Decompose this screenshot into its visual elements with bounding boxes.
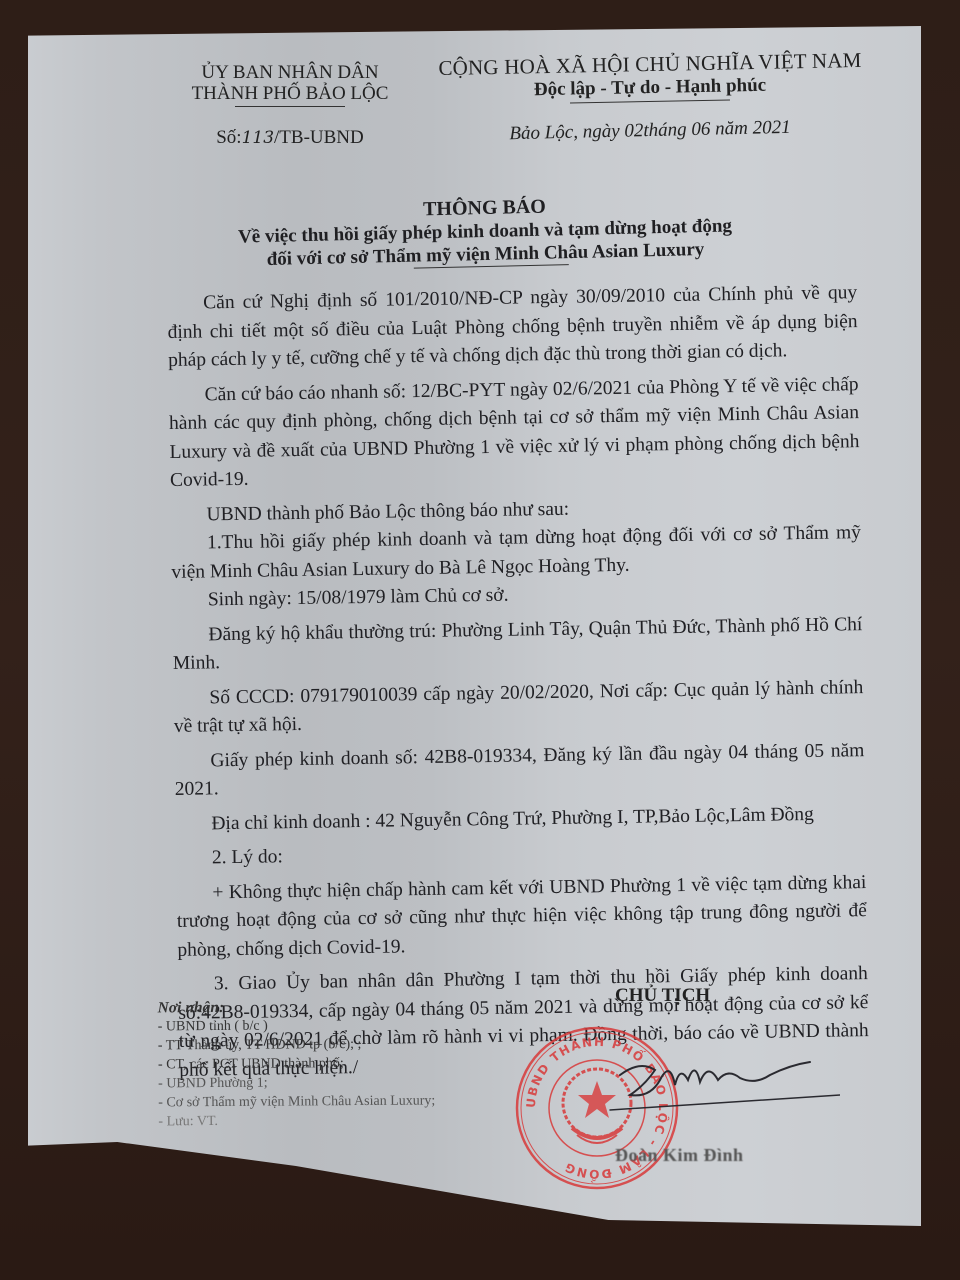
signer-name: Đoàn Kim Đình <box>615 1145 744 1166</box>
handwritten-day: 02 <box>624 120 643 141</box>
issuing-agency-block: ỦY BAN NHÂN DÂN THÀNH PHỐ BẢO LỘC Số:113… <box>150 62 430 149</box>
paragraph-reason-detail: + Không thực hiện chấp hành cam kết với … <box>176 869 867 965</box>
document-body: Căn cứ Nghị định số 101/2010/NĐ-CP ngày … <box>167 279 869 1085</box>
document-number: Số:113/TB-UBND <box>150 127 430 149</box>
paragraph-business-license: Giấy phép kinh doanh số: 42B8-019334, Đă… <box>174 737 865 805</box>
signer-title: CHỦ TỊCH <box>615 985 710 1007</box>
national-header-block: CỘNG HOÀ XÃ HỘI CHỦ NGHĨA VIỆT NAM Độc l… <box>405 52 895 142</box>
handwritten-signature <box>600 1040 840 1130</box>
paragraph-residence: Đăng ký hộ khẩu thường trú: Phường Linh … <box>172 611 863 679</box>
paragraph-item-2-reason: 2. Lý do: <box>176 834 866 873</box>
document-title-block: THÔNG BÁO Về việc thu hồi giấy phép kinh… <box>154 189 815 275</box>
paragraph-legal-basis-report: Căn cứ báo cáo nhanh số: 12/BC-PYT ngày … <box>168 371 860 496</box>
recipient-item: - Lưu: VT. <box>158 1110 558 1132</box>
agency-underline <box>235 106 345 107</box>
paragraph-id-card: Số CCCD: 079179010039 cấp ngày 20/02/202… <box>173 674 864 742</box>
handwritten-number: 113 <box>242 128 274 148</box>
paragraph-legal-basis-decree: Căn cứ Nghị định số 101/2010/NĐ-CP ngày … <box>167 279 858 375</box>
paragraph-business-address: Địa chỉ kinh doanh : 42 Nguyễn Công Trứ,… <box>175 800 865 839</box>
agency-line-2: THÀNH PHỐ BẢO LỘC <box>150 83 430 104</box>
agency-line-1: ỦY BAN NHÂN DÂN <box>150 62 430 83</box>
recipients-block: Nơi nhận: - UBND tỉnh ( b/c ) - TT Thành… <box>158 996 559 1132</box>
